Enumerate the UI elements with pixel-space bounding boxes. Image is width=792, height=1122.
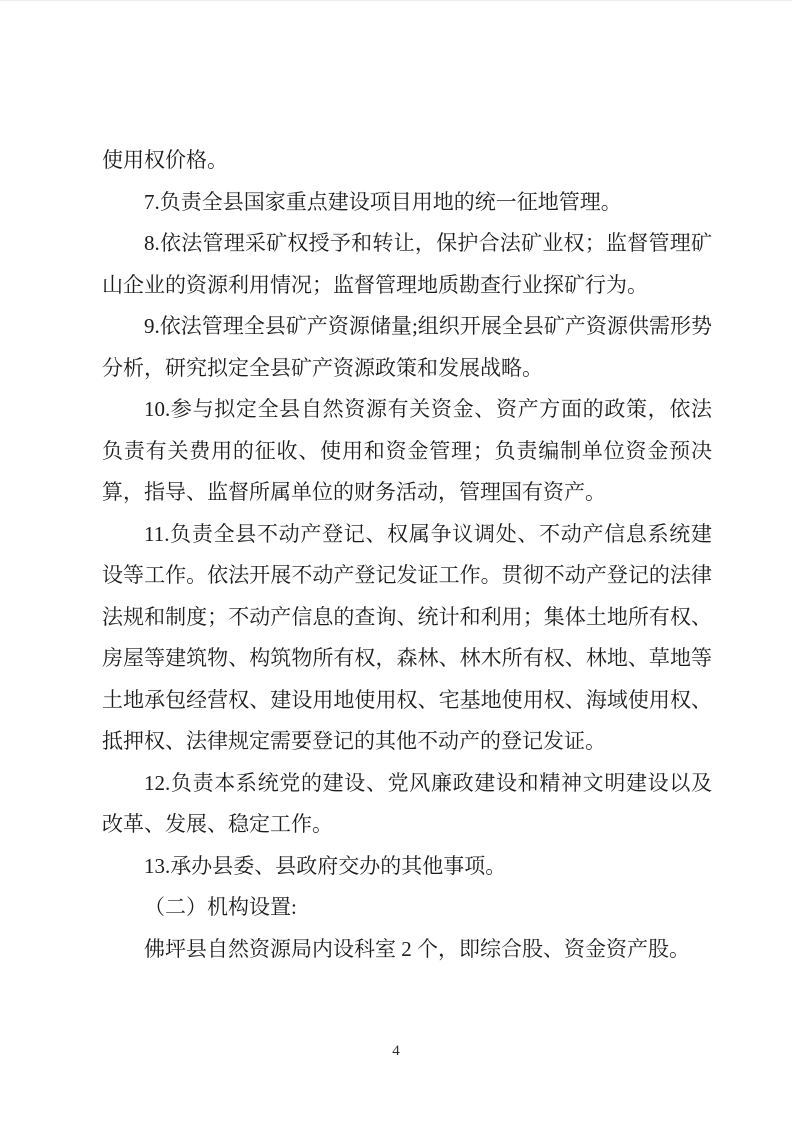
paragraph: 13.承办县委、县政府交办的其他事项。 xyxy=(102,846,712,888)
document-page: 使用权价格。7.负责全县国家重点建设项目用地的统一征地管理。8.依法管理采矿权授… xyxy=(0,0,792,1122)
paragraph: 7.负责全县国家重点建设项目用地的统一征地管理。 xyxy=(102,182,712,224)
paragraph: 11.负责全县不动产登记、权属争议调处、不动产信息系统建设等工作。依法开展不动产… xyxy=(102,514,712,763)
paragraph: 10.参与拟定全县自然资源有关资金、资产方面的政策，依法负责有关费用的征收、使用… xyxy=(102,389,712,514)
paragraph: 8.依法管理采矿权授予和转让，保护合法矿业权；监督管理矿山企业的资源利用情况；监… xyxy=(102,223,712,306)
page-number: 4 xyxy=(0,1042,792,1060)
paragraph: 佛坪县自然资源局内设科室 2 个，即综合股、资金资产股。 xyxy=(102,929,712,971)
paragraph: （二）机构设置: xyxy=(102,887,712,929)
paragraph: 9.依法管理全县矿产资源储量;组织开展全县矿产资源供需形势分析，研究拟定全县矿产… xyxy=(102,306,712,389)
document-body: 使用权价格。7.负责全县国家重点建设项目用地的统一征地管理。8.依法管理采矿权授… xyxy=(102,140,712,970)
paragraph: 12.负责本系统党的建设、党风廉政建设和精神文明建设以及改革、发展、稳定工作。 xyxy=(102,763,712,846)
paragraph: 使用权价格。 xyxy=(102,140,712,182)
